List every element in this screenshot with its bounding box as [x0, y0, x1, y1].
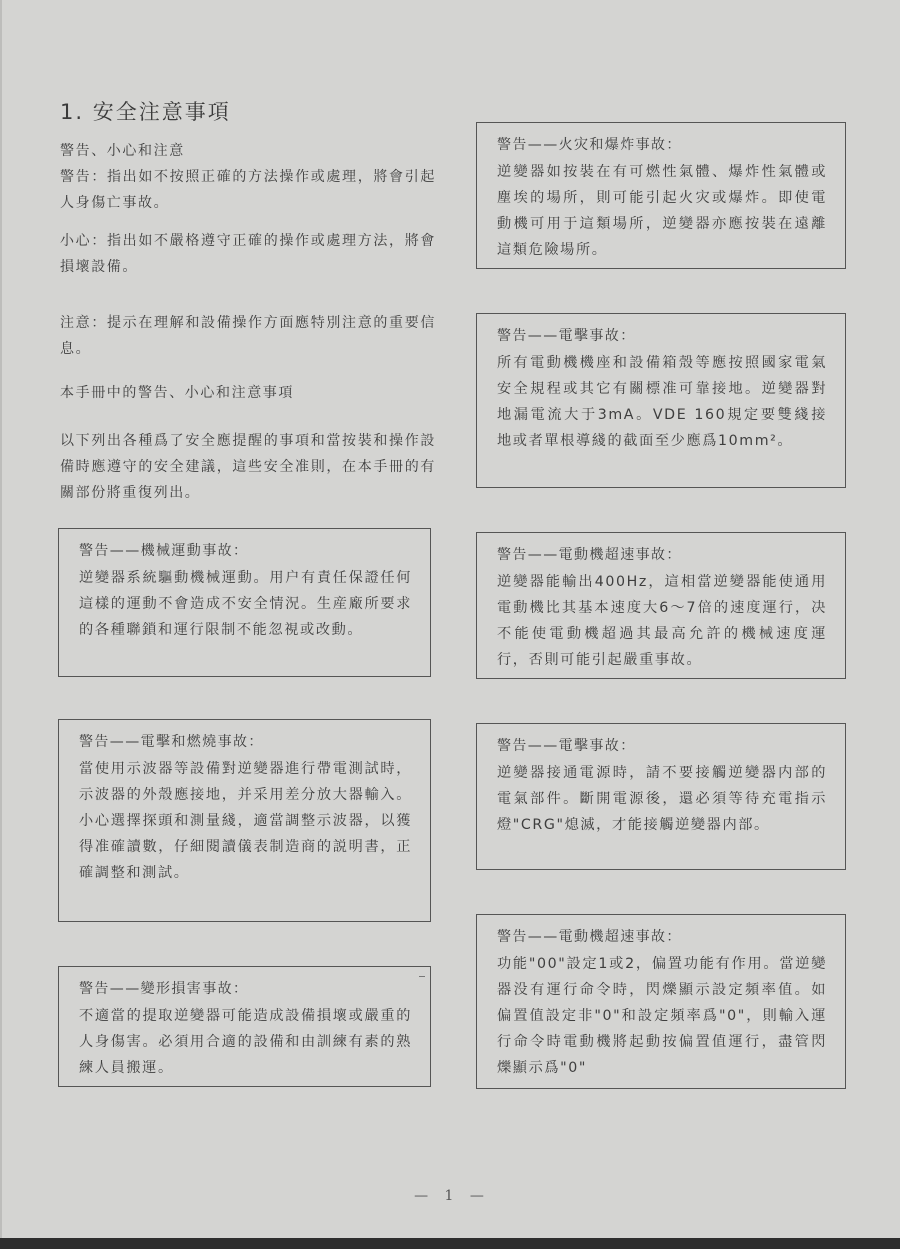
- warning-box-body: 逆變器接通電源時，請不要接觸逆變器内部的電氣部件。斷開電源後，還必須等待充電指示…: [497, 760, 827, 838]
- warning-box-motor-overspeed-bias: 警告——電動機超速事故： 功能"00"設定1或2，偏置功能有作用。當逆變器没有運…: [476, 914, 846, 1089]
- warning-box-title: 警告——電擊事故：: [497, 324, 827, 348]
- warning-box-electric-shock-grounding: 警告——電擊事故： 所有電動機機座和設備箱殼等應按照國家電氣安全規程或其它有關標…: [476, 313, 846, 488]
- warning-box-body: 逆變器能輸出400Hz，這相當逆變器能使通用電動機比其基本速度大6～7倍的速度運…: [497, 569, 827, 673]
- warning-box-title: 警告——電擊事故：: [497, 734, 827, 758]
- warning-box-title: 警告——火灾和爆炸事故：: [497, 133, 827, 157]
- warning-box-electric-shock-internal: 警告——電擊事故： 逆變器接通電源時，請不要接觸逆變器内部的電氣部件。斷開電源後…: [476, 723, 846, 870]
- scan-bottom-edge: [0, 1238, 900, 1249]
- warning-box-fire-explosion: 警告——火灾和爆炸事故： 逆變器如按裝在有可燃性氣體、爆炸性氣體或塵埃的場所，則…: [476, 122, 846, 269]
- warning-box-deformation-damage: 警告——變形損害事故： 不適當的提取逆變器可能造成設備損壞或嚴重的人身傷害。必須…: [58, 966, 431, 1087]
- section-description: 以下列出各種爲了安全應提醒的事項和當按裝和操作設備時應遵守的安全建議，這些安全准…: [60, 428, 436, 506]
- warning-box-body: 功能"00"設定1或2，偏置功能有作用。當逆變器没有運行命令時，閃爍顯示設定頻率…: [497, 951, 827, 1081]
- warning-box-title: 警告——電動機超速事故：: [497, 543, 827, 567]
- warning-box-body: 所有電動機機座和設備箱殼等應按照國家電氣安全規程或其它有關標准可靠接地。逆變器對…: [497, 350, 827, 454]
- warning-box-title: 警告——電動機超速事故：: [497, 925, 827, 949]
- section-subheading: 本手冊中的警告、小心和注意事項: [60, 380, 436, 406]
- warning-box-title: 警告——機械運動事故：: [79, 539, 412, 563]
- warning-box-title: 警告——電擊和燃燒事故：: [79, 730, 412, 754]
- warning-box-body: 逆變器系統驅動機械運動。用户有責任保證任何這樣的運動不會造成不安全情況。生産廠所…: [79, 565, 412, 643]
- note-definition: 注意：提示在理解和設備操作方面應特別注意的重要信息。: [60, 310, 436, 362]
- print-mark: [419, 976, 425, 977]
- warning-box-body: 不適當的提取逆變器可能造成設備損壞或嚴重的人身傷害。必須用合適的設備和由訓練有素…: [79, 1003, 412, 1081]
- warning-box-shock-burn: 警告——電擊和燃燒事故： 當使用示波器等設備對逆變器進行帶電測試時，示波器的外殼…: [58, 719, 431, 922]
- section-title: 1. 安全注意事項: [60, 96, 231, 126]
- manual-page: 1. 安全注意事項 警告、小心和注意 警告：指出如不按照正確的方法操作或處理，將…: [0, 0, 900, 1238]
- warning-box-mechanical-motion: 警告——機械運動事故： 逆變器系統驅動機械運動。用户有責任保證任何這樣的運動不會…: [58, 528, 431, 677]
- warning-box-title: 警告——變形損害事故：: [79, 977, 412, 1001]
- warning-box-body: 逆變器如按裝在有可燃性氣體、爆炸性氣體或塵埃的場所，則可能引起火灾或爆炸。即使電…: [497, 159, 827, 263]
- warning-box-body: 當使用示波器等設備對逆變器進行帶電測試時，示波器的外殼應接地，并采用差分放大器輸…: [79, 756, 412, 886]
- page-number: — 1 —: [2, 1188, 900, 1204]
- caution-definition: 小心：指出如不嚴格遵守正確的操作或處理方法，將會損壞設備。: [60, 228, 436, 280]
- warning-definition: 警告：指出如不按照正確的方法操作或處理，將會引起人身傷亡事故。: [60, 164, 436, 216]
- warning-box-motor-overspeed: 警告——電動機超速事故： 逆變器能輸出400Hz，這相當逆變器能使通用電動機比其…: [476, 532, 846, 679]
- intro-heading: 警告、小心和注意: [60, 138, 436, 164]
